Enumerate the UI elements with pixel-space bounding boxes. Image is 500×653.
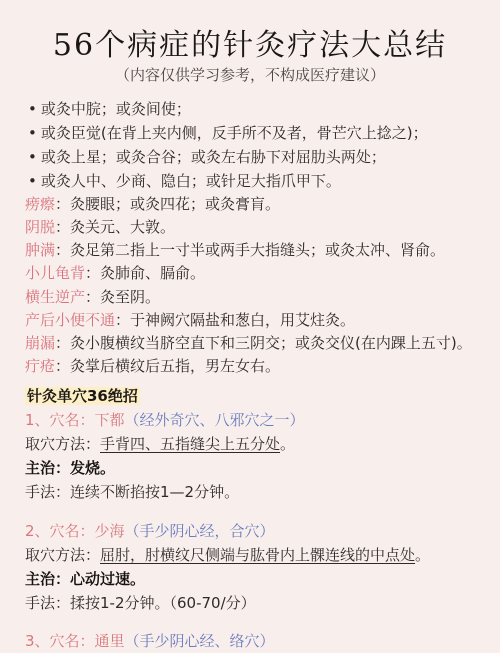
condition-row: 肿满：灸足第二指上一寸半或两手大指缝头；或灸太冲、肾俞。 xyxy=(25,239,445,260)
condition-text: ：灸至阴。 xyxy=(85,288,160,306)
bullet-item: 或灸臣觉(在背上夹内侧，反手所不及者，骨芒穴上捻之)； xyxy=(28,122,428,143)
point-indication: 主治：心动过速。 xyxy=(25,568,145,589)
condition-term: 横生逆产 xyxy=(25,288,85,306)
condition-row: 阴脱：灸关元、大敦。 xyxy=(25,216,175,237)
condition-text: ：灸掌后横纹后五指，男左女右。 xyxy=(55,357,280,375)
condition-term: 疔疮 xyxy=(25,357,55,375)
condition-row: 疔疮：灸掌后横纹后五指，男左女右。 xyxy=(25,355,280,376)
point-technique: 手法：连续不断掐按1—2分钟。 xyxy=(25,481,239,502)
condition-term: 崩漏 xyxy=(25,334,55,352)
condition-row: 崩漏：灸小腹横纹当脐空直下和三阴交；或灸交仪(在内踝上五寸)。 xyxy=(25,332,472,353)
point-method: 取穴方法：手背四、五指缝尖上五分处。 xyxy=(25,433,295,454)
condition-text: ：灸肺俞、膈俞。 xyxy=(85,264,205,282)
bullet-item: 或灸中脘；或灸间使； xyxy=(28,98,191,119)
bullet-item: 或灸上星；或灸合谷；或灸左右胁下对屈肋头两处； xyxy=(28,146,386,167)
condition-text: ：灸关元、大敦。 xyxy=(55,218,175,236)
condition-text: ：于神阙穴隔盐和葱白，用艾炷灸。 xyxy=(115,311,355,329)
point-title: 1、穴名：下都（经外奇穴、八邪穴之一） xyxy=(25,409,305,430)
point-method: 取穴方法：屈肘，肘横纹尺侧端与肱骨内上髁连线的中点处。 xyxy=(25,544,430,565)
condition-row: 小儿龟背：灸肺俞、膈俞。 xyxy=(25,262,205,283)
point-indication: 主治：发烧。 xyxy=(25,457,115,478)
bullet-item: 或灸人中、少商、隐白；或针足大指爪甲下。 xyxy=(28,170,341,191)
condition-row: 产后小便不通：于神阙穴隔盐和葱白，用艾炷灸。 xyxy=(25,309,355,330)
page-title: 56个病症的针灸疗法大总结 xyxy=(0,20,500,64)
condition-term: 小儿龟背 xyxy=(25,264,85,282)
condition-row: 横生逆产：灸至阴。 xyxy=(25,286,160,307)
section-heading: 针灸单穴36绝招 xyxy=(25,385,140,406)
condition-text: ：灸足第二指上一寸半或两手大指缝头；或灸太冲、肾俞。 xyxy=(55,241,445,259)
condition-term: 痨瘵 xyxy=(25,195,55,213)
point-technique: 手法：揉按1-2分钟。（60-70/分） xyxy=(25,592,256,613)
condition-term: 产后小便不通 xyxy=(25,311,115,329)
condition-term: 肿满 xyxy=(25,241,55,259)
condition-text: ：灸小腹横纹当脐空直下和三阴交；或灸交仪(在内踝上五寸)。 xyxy=(55,334,472,352)
disclaimer-subtitle: （内容仅供学习参考，不构成医疗建议） xyxy=(0,64,500,85)
condition-term: 阴脱 xyxy=(25,218,55,236)
point-title: 3、穴名：通里（手少阴心经、络穴） xyxy=(25,630,275,651)
condition-row: 痨瘵：灸腰眼；或灸四花；或灸膏肓。 xyxy=(25,193,280,214)
point-title: 2、穴名：少海（手少阴心经，合穴） xyxy=(25,520,275,541)
condition-text: ：灸腰眼；或灸四花；或灸膏肓。 xyxy=(55,195,280,213)
